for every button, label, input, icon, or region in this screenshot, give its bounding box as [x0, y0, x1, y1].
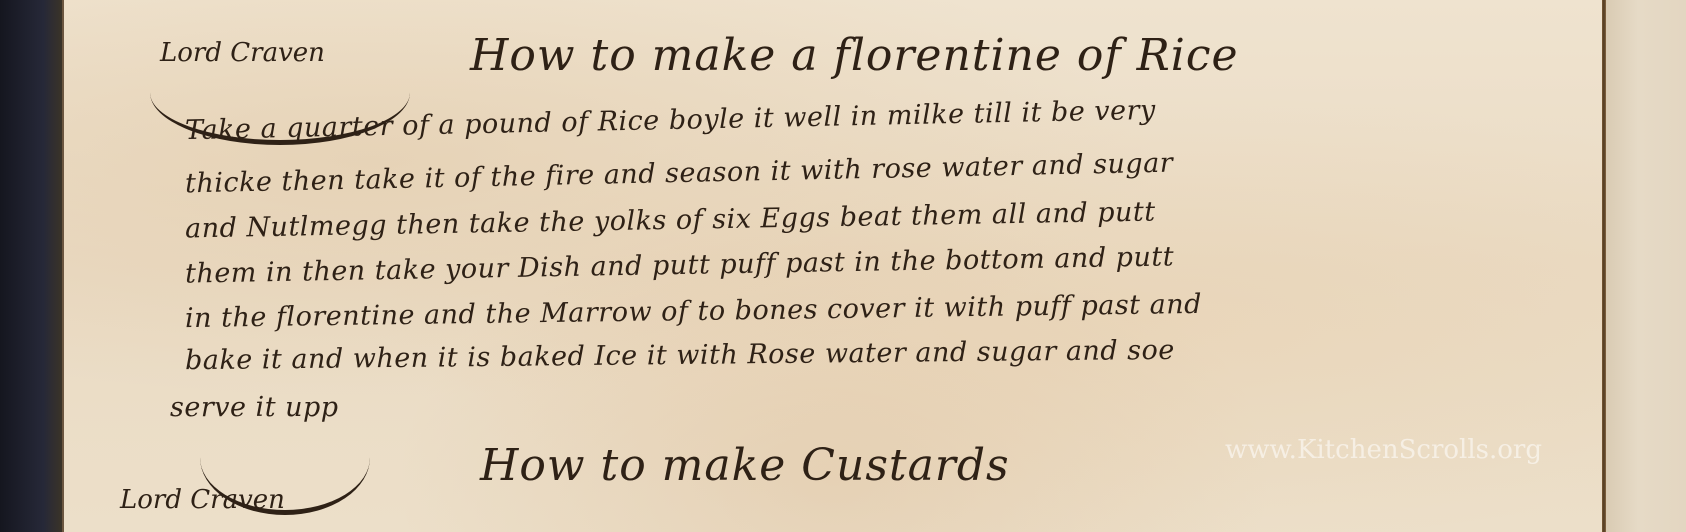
book-binding	[0, 0, 62, 532]
next-page-edge	[1606, 0, 1686, 532]
attribution-flourish	[200, 400, 370, 515]
recipe-title: How to make Custards	[480, 440, 1010, 491]
watermark: www.KitchenScrolls.org	[1225, 435, 1542, 465]
recipe-title: How to make a florentine of Rice	[470, 30, 1239, 81]
